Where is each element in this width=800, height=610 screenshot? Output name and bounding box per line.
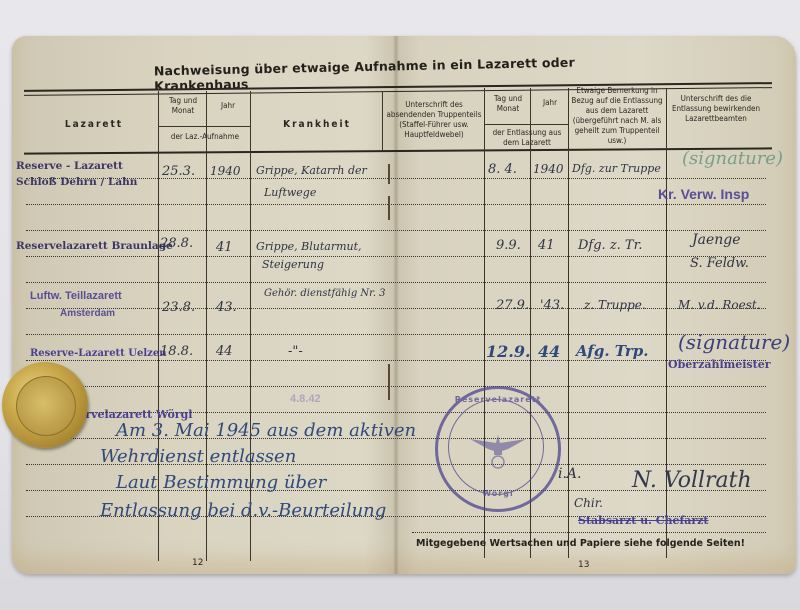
row3-signature: M. v.d. Roest. — [678, 298, 761, 312]
col-line — [382, 91, 383, 151]
header-aufnahme-jahr: Jahr — [208, 101, 248, 111]
row3-bemerkung: z. Truppe. — [584, 298, 646, 312]
discharge-signature: N. Vollrath — [632, 468, 752, 493]
coin-face — [16, 376, 76, 436]
round-stamp-top-text: Reservelazarett — [438, 395, 558, 404]
row2-signature-line1: Jaenge — [692, 232, 741, 248]
row2-aufnahme-tag: 28.8. — [160, 236, 193, 251]
row3-entlassung-tag: 27.9. — [496, 298, 529, 313]
page-number-right: 13 — [578, 560, 589, 570]
row4-bemerkung: Afg. Trp. — [576, 342, 648, 360]
header-aufnahme-tag-monat: Tag und Monat — [160, 96, 206, 116]
header-unterschrift-beamten: Unterschrift des die Entlassung bewirken… — [668, 94, 764, 124]
row1-entlassung-tag: 8. 4. — [488, 162, 517, 177]
row4-signature: (signature) — [678, 330, 790, 354]
row1-lazarett-line2: Schloß Dehrn / Lahn — [16, 176, 137, 188]
row3-entlassung-jahr: '43. — [540, 298, 564, 313]
discharge-signature-prefix: i.A. — [558, 466, 582, 482]
staple — [388, 164, 390, 184]
row1-bemerkung: Dfg. zur Truppe — [572, 162, 661, 175]
row4-stamp: Oberzahlmeister — [668, 358, 771, 371]
footer-note: Mitgegebene Wertsachen und Papiere siehe… — [416, 538, 745, 549]
row-line — [26, 204, 766, 205]
header-krankheit: Krankheit — [252, 120, 382, 130]
eagle-emblem-icon — [468, 429, 528, 469]
row-line — [26, 360, 766, 361]
discharge-line2: Wehrdienst entlassen — [100, 446, 296, 467]
row2-entlassung-tag: 9.9. — [496, 238, 521, 253]
row4-entlassung-tag: 12.9. — [486, 342, 531, 361]
row2-krankheit-line1: Grippe, Blutarmut, — [256, 240, 362, 253]
discharge-title-stamp: Stabsarzt u. Chefarzt — [578, 514, 709, 527]
row-line — [26, 386, 766, 387]
round-stamp-bottom-text: Wörgl — [438, 489, 558, 498]
header-lazarett: Lazarett — [30, 120, 158, 130]
row1-stamp: Kr. Verw. Insp — [658, 186, 749, 202]
row2-aufnahme-jahr: 41 — [216, 240, 233, 255]
header-divider — [484, 124, 568, 125]
row3-aufnahme-tag: 23.8. — [162, 300, 195, 315]
row3-lazarett-line1: Luftw. Teillazarett — [30, 290, 122, 302]
row1-signature: (signature) — [682, 148, 783, 169]
row4-lazarett: Reserve-Lazarett Uelzen — [30, 348, 166, 359]
row-line — [412, 532, 766, 533]
header-bemerkung: Etwaige Bemerkung in Bezug auf die Entla… — [570, 86, 664, 146]
row3-krankheit: Gehör. dienstfähig Nr. 3 — [264, 288, 386, 299]
col-line — [568, 88, 569, 558]
row-line — [26, 308, 766, 309]
row1-lazarett-line1: Reserve - Lazarett — [16, 160, 123, 172]
staple — [388, 196, 390, 220]
row4-entlassung-jahr: 44 — [538, 342, 560, 361]
row-line — [26, 334, 766, 335]
header-divider — [158, 126, 250, 127]
row3-lazarett-line2: Amsterdam — [60, 308, 115, 319]
row1-aufnahme-jahr: 1940 — [210, 164, 241, 178]
page-number-left: 12 — [192, 558, 203, 568]
staple — [388, 364, 390, 400]
header-aufnahme-sub: der Laz.-Aufnahme — [160, 132, 250, 142]
row1-krankheit-line2: Luftwege — [264, 186, 316, 199]
row1-aufnahme-tag: 25.3. — [162, 164, 195, 179]
row2-signature-line2: S. Feldw. — [690, 256, 749, 271]
row4-aufnahme-tag: 18.8. — [160, 344, 193, 359]
row2-bemerkung: Dfg. z. Tr. — [578, 238, 643, 253]
header-entlassung-sub: der Entlassung aus dem Lazarett — [486, 128, 568, 148]
gold-coin — [2, 362, 88, 448]
row3-aufnahme-jahr: 43. — [216, 300, 237, 315]
row1-entlassung-jahr: 1940 — [533, 162, 564, 176]
discharge-line3: Laut Bestimmung über — [116, 472, 326, 493]
discharge-title-prefix: Chir. — [574, 496, 603, 510]
row4-aufnahme-jahr: 44 — [216, 344, 233, 359]
header-entlassung-jahr: Jahr — [532, 98, 568, 108]
row2-entlassung-jahr: 41 — [538, 238, 555, 253]
header-unterschrift-truppenteil: Unterschrift des absendenden Truppenteil… — [384, 100, 484, 140]
row-line — [26, 256, 766, 257]
round-stamp: Reservelazarett Wörgl — [435, 386, 561, 512]
row2-lazarett: Reservelazarett Braunlage — [16, 240, 173, 252]
discharge-line1: Am 3. Mai 1945 aus dem aktiven — [116, 420, 416, 441]
soldbuch-booklet: Nachweisung über etwaige Aufnahme in ein… — [12, 36, 796, 574]
row-line — [26, 282, 766, 283]
row4-krankheit: -"- — [288, 344, 303, 359]
discharge-line4: Entlassung bei d.v.-Beurteilung — [100, 500, 386, 521]
row-line — [26, 230, 766, 231]
row5-faint-stamp: 4.8.42 — [290, 393, 321, 405]
row2-krankheit-line2: Steigerung — [262, 258, 324, 271]
row1-krankheit-line1: Grippe, Katarrh der — [256, 164, 367, 177]
header-entlassung-tag-monat: Tag und Monat — [486, 94, 530, 114]
